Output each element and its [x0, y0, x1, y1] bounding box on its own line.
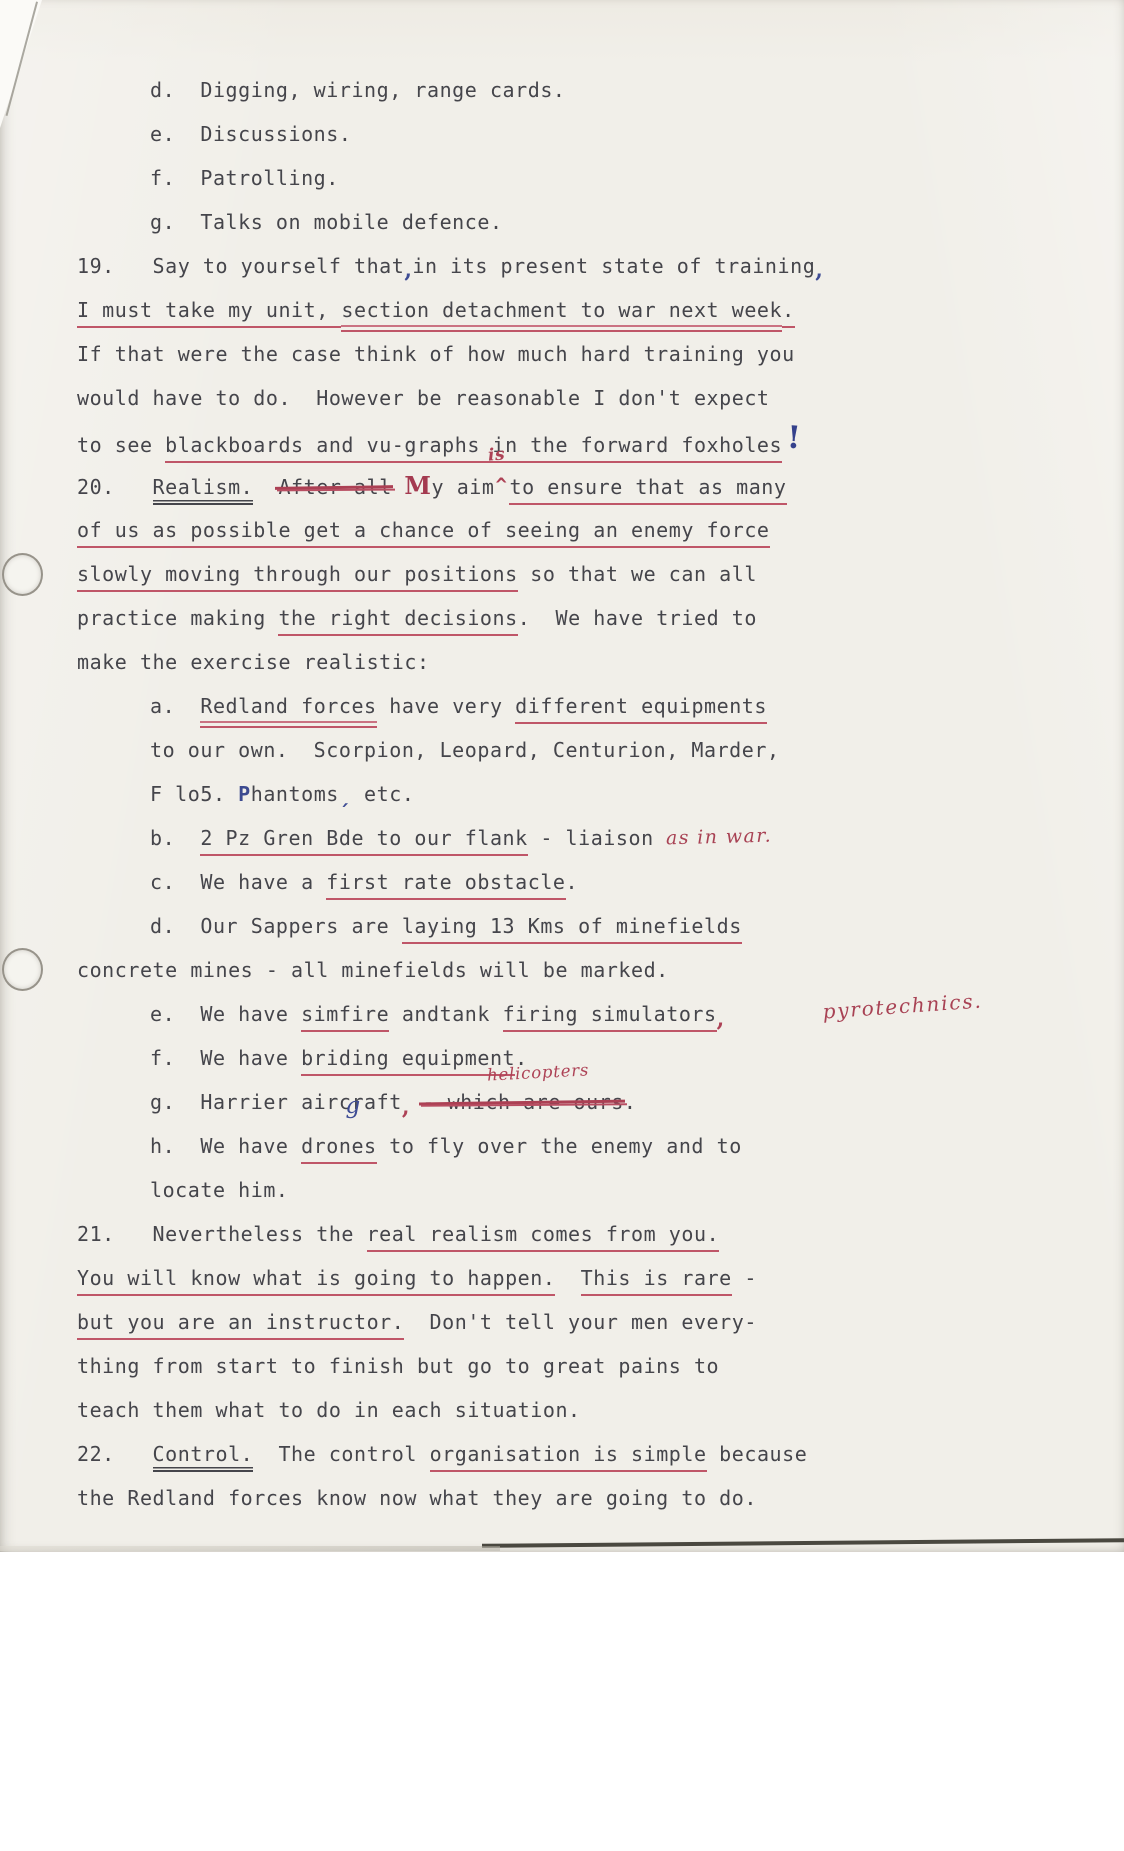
document-line: to see blackboards and vu-graphs in the …: [77, 420, 1124, 464]
inserted-letter: g: [345, 1084, 360, 1128]
red-handwritten-comma: ,: [717, 997, 725, 1041]
scanned-document-screenshot: { "page": { "paper_color": "#f1efe9", "t…: [0, 0, 1124, 1851]
typed-text: make the exercise realistic:: [77, 650, 430, 674]
scanned-page: d. Digging, wiring, range cards.e. Discu…: [0, 0, 1124, 1552]
document-line: thing from start to finish but go to gre…: [77, 1344, 1124, 1388]
red-struck-text: - which are ourshelicopters: [422, 1090, 623, 1114]
typed-text: have very: [377, 694, 516, 718]
typed-text: F lo5.: [150, 782, 238, 806]
typed-text: e. Discussions.: [150, 122, 351, 146]
blue-corrected-letter: P: [238, 782, 251, 806]
typed-text: because: [707, 1442, 808, 1466]
red-underlined-text: to ensure that as many: [509, 475, 786, 505]
red-underlined-text: You will know what is going to happen.: [77, 1266, 555, 1296]
typed-text: b.: [150, 826, 200, 850]
red-underlined-text: simfire: [301, 1002, 389, 1032]
red-handwritten-comma: ,: [402, 1085, 410, 1129]
document-line: If that were the case think of how much …: [77, 332, 1124, 376]
red-underlined-text: brid: [301, 1046, 351, 1076]
document-line: d. Our Sappers are laying 13 Kms of mine…: [150, 904, 1124, 948]
typed-text: thing from start to finish but go to gre…: [77, 1354, 719, 1378]
typed-text: hantoms: [251, 782, 339, 806]
red-underlined-text: first rate obstacle: [326, 870, 565, 900]
document-line: of us as possible get a chance of seeing…: [77, 508, 1124, 552]
blue-ink-mark: ˏ: [339, 782, 352, 806]
typed-text: d. Our Sappers are: [150, 914, 402, 938]
document-line: slowly moving through our positions so t…: [77, 552, 1124, 596]
typed-text: 20.: [77, 475, 153, 499]
typed-text: [555, 1266, 580, 1290]
document-line: F lo5. Phantomsˏ etc.: [150, 772, 1124, 816]
document-line: 22. Control. The control organisation is…: [77, 1432, 1124, 1476]
red-underlined-text: This is rare: [581, 1266, 732, 1296]
typed-text: c. We have a: [150, 870, 326, 894]
typed-text: would have to do. However be reasonable …: [77, 386, 770, 410]
red-underlined-text: of us as possible get a chance of seeing…: [77, 518, 770, 548]
document-line: to our own. Scorpion, Leopard, Centurion…: [150, 728, 1124, 772]
red-handwritten-word-above: helicopters: [486, 1048, 590, 1097]
red-double-underlined-text: Redland forces: [200, 694, 376, 728]
red-underlined-text: but you are an instructor.: [77, 1310, 404, 1340]
red-handwritten-capital: M: [404, 471, 431, 500]
typed-text: Don't tell your men every-: [404, 1310, 757, 1334]
red-struck-text: After all: [278, 475, 391, 499]
document-line: f. Patrolling.: [150, 156, 1124, 200]
document-line: I must take my unit, section detachment …: [77, 288, 1124, 332]
red-underlined-text: slowly moving through our positions: [77, 562, 518, 592]
document-line: a. Redland forces have very different eq…: [150, 684, 1124, 728]
document-line: practice making the right decisions. We …: [77, 596, 1124, 640]
typed-text: a.: [150, 694, 200, 718]
document-line: would have to do. However be reasonable …: [77, 376, 1124, 420]
document-line: teach them what to do in each situation.: [77, 1388, 1124, 1432]
typed-text: g. Harrier aircraft: [150, 1090, 402, 1114]
typed-text: to our own. Scorpion, Leopard, Centurion…: [150, 738, 780, 762]
blue-handwritten-comma: ,: [404, 248, 412, 292]
red-underlined-text: different equipments: [515, 694, 767, 724]
document-line: 21. Nevertheless the real realism comes …: [77, 1212, 1124, 1256]
typed-text: locate him.: [150, 1178, 289, 1202]
document-line: f. We have bridging equipment.: [150, 1036, 1124, 1080]
typed-text: andtank: [389, 1002, 502, 1026]
red-underlined-text: real realism comes from you: [367, 1222, 707, 1252]
typed-text: 22.: [77, 1442, 153, 1466]
document-line: make the exercise realistic:: [77, 640, 1124, 684]
typed-text: . We have tried to: [518, 606, 757, 630]
document-line: g. Harrier aircraft, - which are ourshel…: [150, 1080, 1124, 1124]
red-underlined-text: firing simulators: [503, 1002, 717, 1032]
typed-text: f. Patrolling.: [150, 166, 339, 190]
typed-text: [392, 475, 405, 499]
typed-text: -: [732, 1266, 757, 1290]
typed-text: 21. Nevertheless the: [77, 1222, 367, 1246]
document-line: 20. Realism. After all My aimis^to ensur…: [77, 464, 1124, 508]
red-underlined-text: .: [707, 1222, 720, 1252]
red-underlined-text: .: [782, 298, 795, 328]
red-underlined-text: the right decisions: [278, 606, 517, 636]
red-underlined-text: laying 13 Kms of minefields: [402, 914, 742, 944]
typed-text: y aim: [432, 475, 495, 499]
red-handwritten-note: as in war.: [666, 814, 773, 861]
blue-handwritten-exclamation: !: [786, 416, 802, 461]
typed-text: .: [624, 1090, 637, 1114]
red-caret-insertion: is^: [494, 474, 509, 494]
typed-text: so that we can all: [518, 562, 757, 586]
typed-text: e. We have: [150, 1002, 301, 1026]
document-line: g. Talks on mobile defence.: [150, 200, 1124, 244]
red-underlined-text: blackboards and vu-graphs in the forward…: [165, 433, 782, 463]
typed-text: .: [566, 870, 579, 894]
document-line: 19. Say to yourself that,in its present …: [77, 244, 1124, 288]
typed-text: f. We have: [150, 1046, 301, 1070]
black-underlined-heading: Control.: [153, 1442, 254, 1472]
typed-text: h. We have: [150, 1134, 301, 1158]
typed-text: practice making: [77, 606, 278, 630]
caret-mark-icon: ^: [495, 463, 507, 507]
blue-handwritten-comma: ,: [815, 248, 823, 292]
red-underlined-text: I must take my unit,: [77, 298, 341, 328]
document-line: e. We have simfire andtank firing simula…: [150, 992, 1124, 1036]
document-line: h. We have drones to fly over the enemy …: [150, 1124, 1124, 1168]
typed-text: to see: [77, 433, 165, 457]
document-line: locate him.: [150, 1168, 1124, 1212]
typed-text: in its present state of training: [412, 254, 815, 278]
document-line: b. 2 Pz Gren Bde to our flank - liaison …: [150, 816, 1124, 860]
page-bottom-edge: [482, 1538, 1124, 1548]
document-line: e. Discussions.: [150, 112, 1124, 156]
typed-text: to fly over the enemy and to: [377, 1134, 742, 1158]
typed-text: The control: [253, 1442, 429, 1466]
red-underlined-text: drones: [301, 1134, 377, 1164]
page-bottom-edge-faint: [0, 1546, 500, 1551]
typed-text: the Redland forces know now what they ar…: [77, 1486, 757, 1510]
document-line: the Redland forces know now what they ar…: [77, 1476, 1124, 1520]
document-line: c. We have a first rate obstacle.: [150, 860, 1124, 904]
typed-text: 19. Say to yourself that: [77, 254, 404, 278]
typed-text: g. Talks on mobile defence.: [150, 210, 503, 234]
typed-text: d. Digging, wiring, range cards.: [150, 78, 566, 102]
black-underlined-heading: Realism.: [153, 475, 254, 505]
document-line: You will know what is going to happen. T…: [77, 1256, 1124, 1300]
typed-text: If that were the case think of how much …: [77, 342, 795, 366]
red-double-underlined-text: section detachment to war next week: [341, 298, 782, 332]
typed-text: - liaison: [528, 826, 667, 850]
typed-text: etc.: [351, 782, 414, 806]
red-underlined-text: organisation is simple: [430, 1442, 707, 1472]
typewritten-text-body: d. Digging, wiring, range cards.e. Discu…: [0, 68, 1124, 1520]
typed-text: concrete mines - all minefields will be …: [77, 958, 669, 982]
red-underlined-text: 2 Pz Gren Bde to our flank: [200, 826, 527, 856]
typed-text: teach them what to do in each situation.: [77, 1398, 581, 1422]
document-line: d. Digging, wiring, range cards.: [150, 68, 1124, 112]
document-line: but you are an instructor. Don't tell yo…: [77, 1300, 1124, 1344]
